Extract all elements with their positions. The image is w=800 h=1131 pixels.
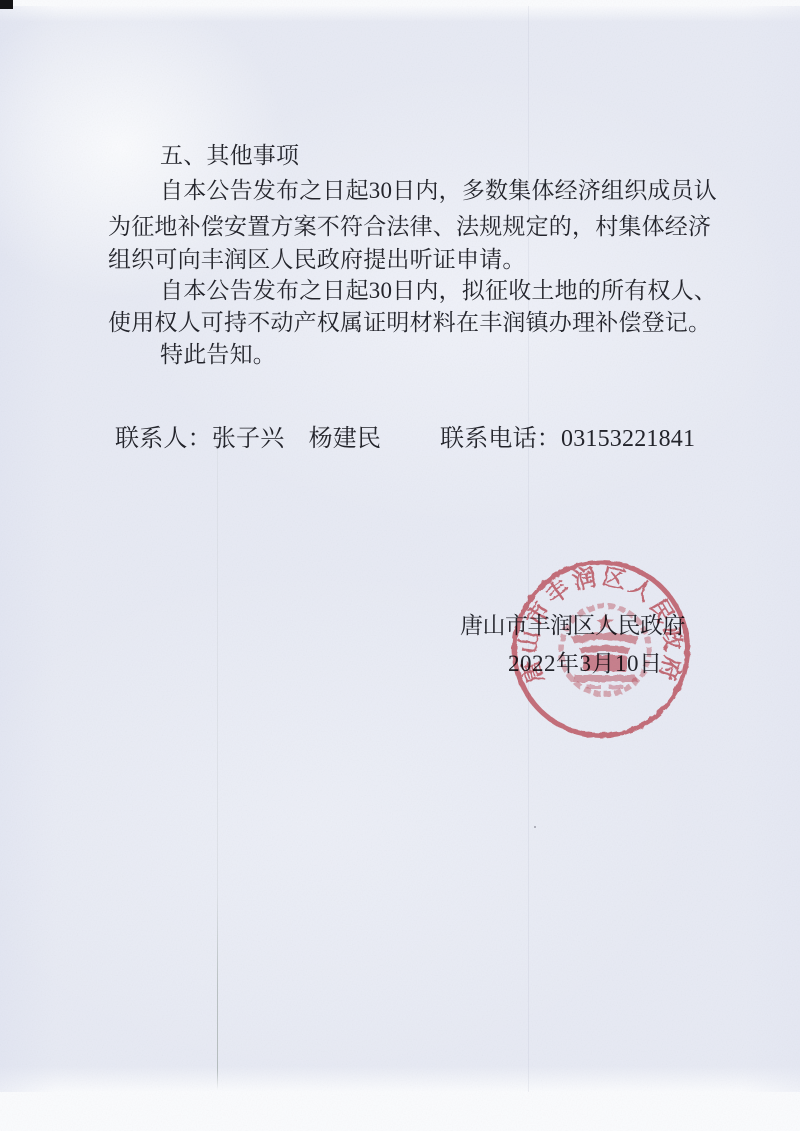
contact-phone-label: 联系电话：	[440, 426, 561, 452]
official-seal: 唐山市丰润区人民政府	[501, 549, 701, 749]
scan-corner-artifact	[0, 0, 13, 9]
body-line: 为征地补偿安置方案不符合法律、法规规定的，村集体经济	[108, 210, 712, 244]
fold-line-bottom	[217, 430, 218, 1090]
body-line: 使用权人可持不动产权属证明材料在丰润镇办理补偿登记。	[108, 306, 712, 340]
contact-phone-number: 03153221841	[561, 426, 695, 452]
scan-speck-artifact	[534, 826, 536, 828]
contact-person: 联系人：张子兴 杨建民	[115, 422, 381, 456]
contact-phone: 联系电话：03153221841	[440, 422, 695, 456]
scanned-document-page: 五、其他事项 自本公告发布之日起30日内，多数集体经济组织成员认 为征地补偿安置…	[0, 0, 800, 1131]
body-line: 组织可向丰润区人民政府提出听证申请。	[108, 243, 712, 277]
contact-person-label: 联系人：	[115, 426, 212, 452]
contact-person-names: 张子兴 杨建民	[212, 426, 381, 452]
section-heading: 五、其他事项	[108, 139, 764, 173]
body-line: 自本公告发布之日起30日内，多数集体经济组织成员认	[108, 174, 764, 208]
body-closing-line: 特此告知。	[108, 338, 764, 372]
star-icon	[596, 613, 614, 630]
body-line: 自本公告发布之日起30日内，拟征收土地的所有权人、	[108, 274, 764, 308]
national-emblem-icon	[561, 606, 649, 694]
